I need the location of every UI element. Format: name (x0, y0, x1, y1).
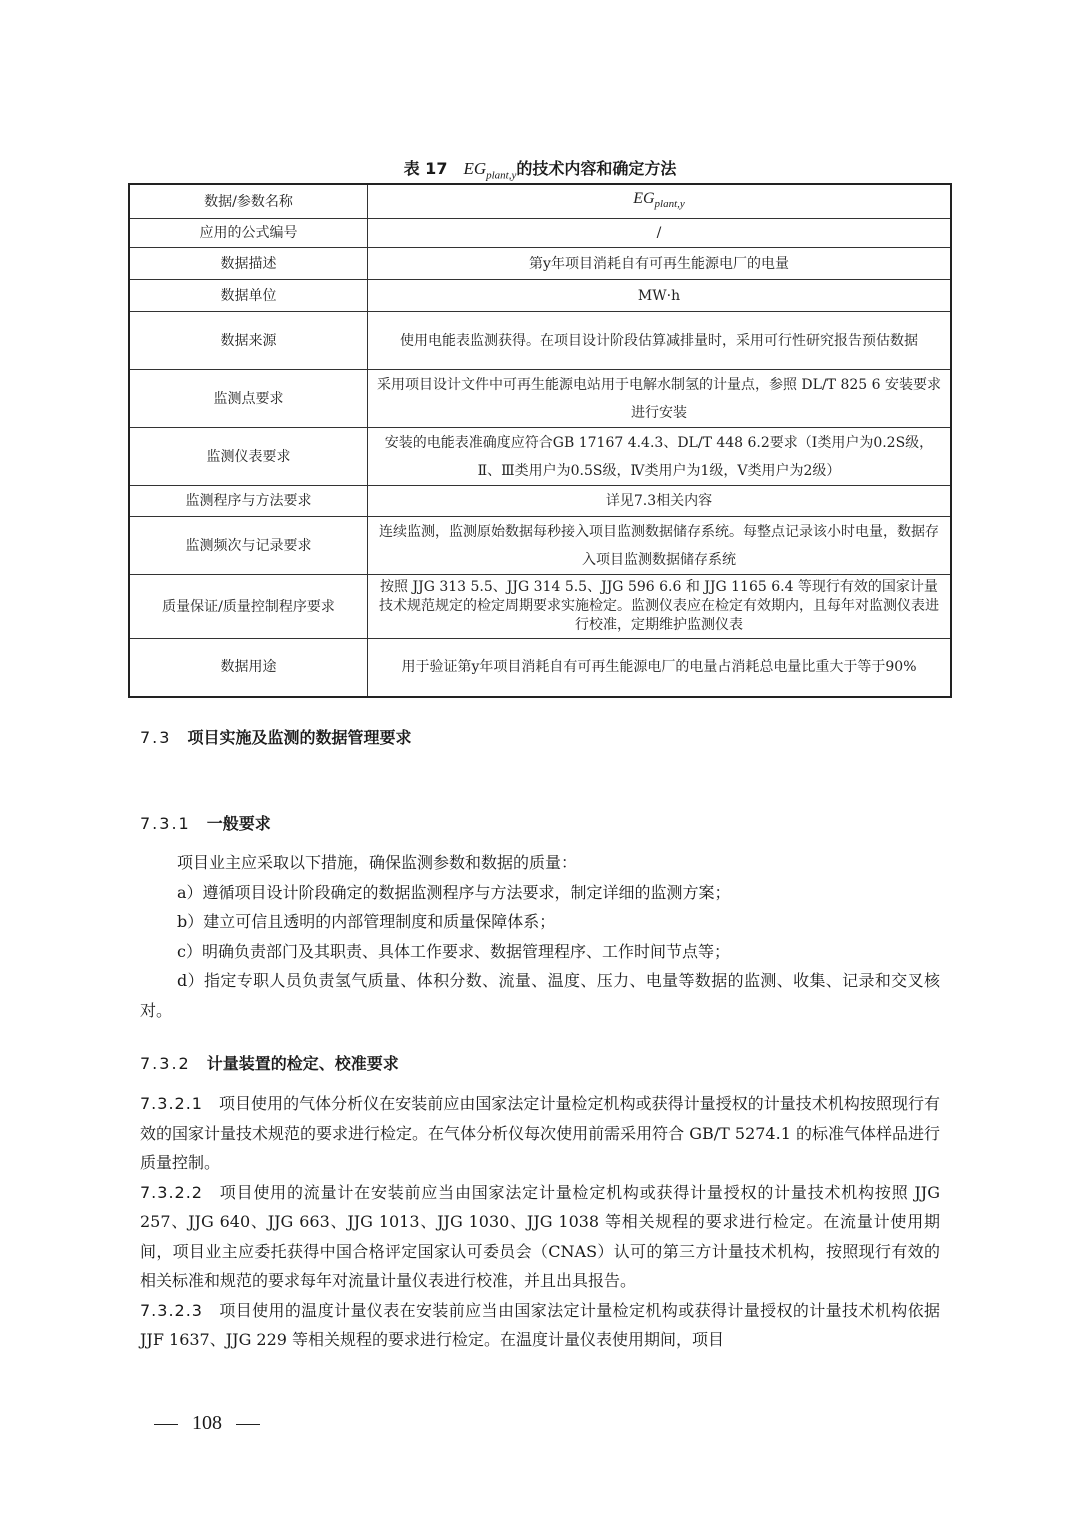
row-key: 监测程序与方法要求 (129, 486, 368, 517)
clause-7-3-2-1: 7.3.2.1项目使用的气体分析仪在安装前应由国家法定计量检定机构或获得计量授权… (140, 1089, 940, 1178)
row-value: MW·h (368, 280, 952, 312)
table-row: 监测仪表要求 安装的电能表准确度应符合GB 17167 4.4.3、DL/T 4… (129, 428, 951, 486)
general-requirements-body: 项目业主应采取以下措施，确保监测参数和数据的质量： a）遵循项目设计阶段确定的数… (140, 848, 940, 1025)
row-value: 使用电能表监测获得。在项目设计阶段估算减排量时，采用可行性研究报告预估数据 (368, 312, 952, 370)
table-row: 质量保证/质量控制程序要求 按照 JJG 313 5.5、JJG 314 5.5… (129, 575, 951, 639)
table-caption: 表 17EGplant,y的技术内容和确定方法 (128, 156, 952, 181)
list-item: a）遵循项目设计阶段确定的数据监测程序与方法要求，制定详细的监测方案； (140, 878, 940, 908)
parameter-table: 数据/参数名称 EGplant,y 应用的公式编号 / 数据描述 第y年项目消耗… (128, 183, 952, 698)
row-key: 数据/参数名称 (129, 184, 368, 219)
page-number: 108 (192, 1412, 222, 1434)
table-row: 监测频次与记录要求 连续监测，监测原始数据每秒接入项目监测数据储存系统。每整点记… (129, 517, 951, 575)
row-value: 采用项目设计文件中可再生能源电站用于电解水制氢的计量点，参照 DL/T 825 … (368, 370, 952, 428)
dash-left (154, 1424, 178, 1425)
row-value: / (368, 219, 952, 248)
list-item: b）建立可信且透明的内部管理制度和质量保障体系； (140, 907, 940, 937)
row-value: EGplant,y (368, 184, 952, 219)
intro-paragraph: 项目业主应采取以下措施，确保监测参数和数据的质量： (140, 848, 940, 878)
caption-symbol: EGplant,y (463, 159, 516, 178)
table-row: 监测点要求 采用项目设计文件中可再生能源电站用于电解水制氢的计量点，参照 DL/… (129, 370, 951, 428)
row-key: 数据描述 (129, 248, 368, 280)
section-heading-7-3-2: 7.3.2计量装置的检定、校准要求 (140, 1051, 399, 1074)
section-heading-7-3-1: 7.3.1一般要求 (140, 811, 271, 834)
row-value: 连续监测，监测原始数据每秒接入项目监测数据储存系统。每整点记录该小时电量，数据存… (368, 517, 952, 575)
row-key: 数据单位 (129, 280, 368, 312)
table-row: 数据描述 第y年项目消耗自有可再生能源电厂的电量 (129, 248, 951, 280)
clause-7-3-2-3: 7.3.2.3项目使用的温度计量仪表在安装前应当由国家法定计量检定机构或获得计量… (140, 1296, 940, 1355)
row-value: 详见7.3相关内容 (368, 486, 952, 517)
calibration-clauses: 7.3.2.1项目使用的气体分析仪在安装前应由国家法定计量检定机构或获得计量授权… (140, 1089, 940, 1355)
row-key: 监测频次与记录要求 (129, 517, 368, 575)
table-row: 数据单位 MW·h (129, 280, 951, 312)
table-row: 数据来源 使用电能表监测获得。在项目设计阶段估算减排量时，采用可行性研究报告预估… (129, 312, 951, 370)
row-key: 数据用途 (129, 639, 368, 697)
row-key: 应用的公式编号 (129, 219, 368, 248)
clause-7-3-2-2: 7.3.2.2项目使用的流量计在安装前应当由国家法定计量检定机构或获得计量授权的… (140, 1178, 940, 1296)
section-heading-7-3: 7.3项目实施及监测的数据管理要求 (140, 725, 411, 748)
table-row: 应用的公式编号 / (129, 219, 951, 248)
table-number: 表 17 (404, 159, 448, 178)
row-key: 监测点要求 (129, 370, 368, 428)
table-row: 数据用途 用于验证第y年项目消耗自有可再生能源电厂的电量占消耗总电量比重大于等于… (129, 639, 951, 697)
list-item: d）指定专职人员负责氢气质量、体积分数、流量、温度、压力、电量等数据的监测、收集… (140, 966, 940, 1025)
table-row: 监测程序与方法要求 详见7.3相关内容 (129, 486, 951, 517)
row-value: 用于验证第y年项目消耗自有可再生能源电厂的电量占消耗总电量比重大于等于90% (368, 639, 952, 697)
row-key: 监测仪表要求 (129, 428, 368, 486)
dash-right (236, 1424, 260, 1425)
row-value: 安装的电能表准确度应符合GB 17167 4.4.3、DL/T 448 6.2要… (368, 428, 952, 486)
page-footer: 108 (140, 1412, 274, 1435)
row-key: 数据来源 (129, 312, 368, 370)
row-value: 按照 JJG 313 5.5、JJG 314 5.5、JJG 596 6.6 和… (368, 575, 952, 639)
caption-title: 的技术内容和确定方法 (516, 159, 676, 178)
table-row: 数据/参数名称 EGplant,y (129, 184, 951, 219)
list-item: c）明确负责部门及其职责、具体工作要求、数据管理程序、工作时间节点等； (140, 937, 940, 967)
row-key: 质量保证/质量控制程序要求 (129, 575, 368, 639)
row-value: 第y年项目消耗自有可再生能源电厂的电量 (368, 248, 952, 280)
